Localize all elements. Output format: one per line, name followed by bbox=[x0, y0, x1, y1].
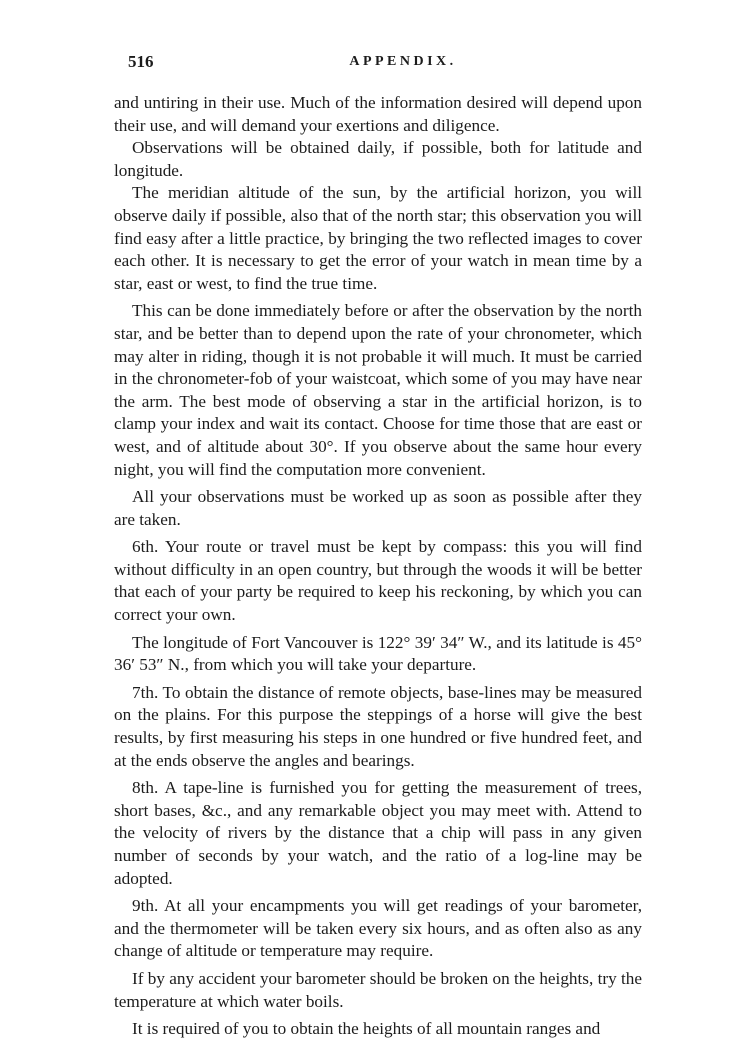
running-head: APPENDIX. bbox=[128, 54, 648, 70]
paragraph-9th-encampments: 9th. At all your encampments you will ge… bbox=[114, 895, 642, 963]
paragraph-worked-up: All your observations must be worked up … bbox=[114, 486, 642, 531]
book-page: 516 APPENDIX. and untiring in their use.… bbox=[0, 0, 750, 1050]
body-text: and untiring in their use. Much of the i… bbox=[114, 92, 642, 1041]
paragraph-7th-distance: 7th. To obtain the distance of remote ob… bbox=[114, 682, 642, 772]
paragraph-continuation: and untiring in their use. Much of the i… bbox=[114, 92, 642, 137]
page-header: 516 APPENDIX. bbox=[128, 52, 648, 76]
paragraph-6th-route: 6th. Your route or travel must be kept b… bbox=[114, 536, 642, 626]
paragraph-north-star: This can be done immediately before or a… bbox=[114, 300, 642, 481]
paragraph-meridian-altitude: The meridian altitude of the sun, by the… bbox=[114, 182, 642, 295]
paragraph-8th-tape-line: 8th. A tape-line is furnished you for ge… bbox=[114, 777, 642, 890]
paragraph-fort-vancouver: The longitude of Fort Vancouver is 122° … bbox=[114, 632, 642, 677]
paragraph-barometer-broken: If by any accident your barometer should… bbox=[114, 968, 642, 1013]
paragraph-mountain-heights: It is required of you to obtain the heig… bbox=[114, 1018, 642, 1041]
paragraph-observations: Observations will be obtained daily, if … bbox=[114, 137, 642, 182]
